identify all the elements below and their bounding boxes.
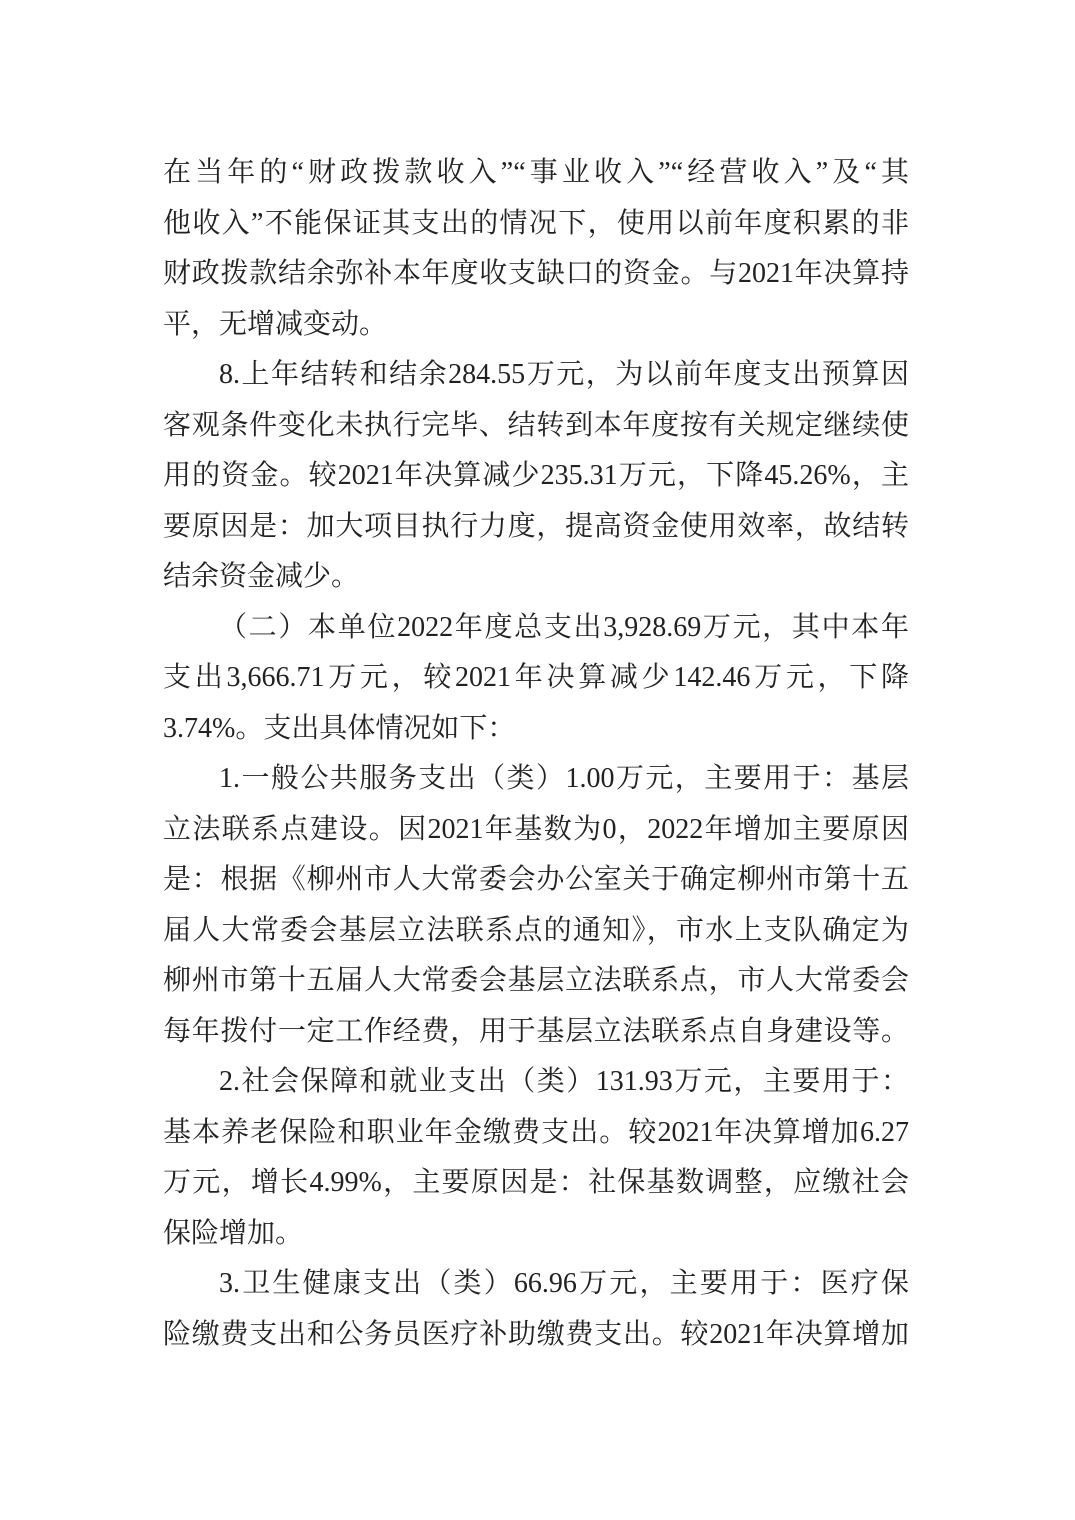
text-line: 在当年的“财政拨款收入”“事业收入”“经营收入”及“其 xyxy=(163,148,909,199)
text-line: 3.74%。支出具体情况如下： xyxy=(163,704,909,755)
text-line: 平，无增减变动。 xyxy=(163,300,909,351)
text-line: 险缴费支出和公务员医疗补助缴费支出。较2021年决算增加 xyxy=(163,1310,909,1361)
text-line: 每年拨付一定工作经费，用于基层立法联系点自身建设等。 xyxy=(163,1007,909,1058)
text-line: 柳州市第十五届人大常委会基层立法联系点，市人大常委会 xyxy=(163,956,909,1007)
document-text-block: 在当年的“财政拨款收入”“事业收入”“经营收入”及“其 他收入”不能保证其支出的… xyxy=(163,148,909,1360)
document-page: 在当年的“财政拨款收入”“事业收入”“经营收入”及“其 他收入”不能保证其支出的… xyxy=(0,0,1075,1520)
text-line: 保险增加。 xyxy=(163,1209,909,1260)
text-line: 万元，增长4.99%，主要原因是：社保基数调整，应缴社会 xyxy=(163,1158,909,1209)
text-line: 3.卫生健康支出（类）66.96万元，主要用于：医疗保 xyxy=(163,1259,909,1310)
paragraph-2-social-security-employment: 2.社会保障和就业支出（类）131.93万元，主要用于： 基本养老保险和职业年金… xyxy=(163,1057,909,1259)
paragraph-2-total-expenditure: （二）本单位2022年度总支出3,928.69万元，其中本年 支出3,666.7… xyxy=(163,603,909,755)
paragraph-1-general-public-services: 1.一般公共服务支出（类）1.00万元，主要用于：基层 立法联系点建设。因202… xyxy=(163,754,909,1057)
text-line: 是：根据《柳州市人大常委会办公室关于确定柳州市第十五 xyxy=(163,855,909,906)
paragraph-3-health-expenditure: 3.卫生健康支出（类）66.96万元，主要用于：医疗保 险缴费支出和公务员医疗补… xyxy=(163,1259,909,1360)
text-line: 基本养老保险和职业年金缴费支出。较2021年决算增加6.27 xyxy=(163,1108,909,1159)
text-line: （二）本单位2022年度总支出3,928.69万元，其中本年 xyxy=(163,603,909,654)
text-line: 立法联系点建设。因2021年基数为0，2022年增加主要原因 xyxy=(163,805,909,856)
text-line: 客观条件变化未执行完毕、结转到本年度按有关规定继续使 xyxy=(163,401,909,452)
text-line: 2.社会保障和就业支出（类）131.93万元，主要用于： xyxy=(163,1057,909,1108)
text-line: 1.一般公共服务支出（类）1.00万元，主要用于：基层 xyxy=(163,754,909,805)
paragraph-8-prior-year-carryover: 8.上年结转和结余284.55万元，为以前年度支出预算因 客观条件变化未执行完毕… xyxy=(163,350,909,603)
text-line: 用的资金。较2021年决算减少235.31万元，下降45.26%，主 xyxy=(163,451,909,502)
text-line: 8.上年结转和结余284.55万元，为以前年度支出预算因 xyxy=(163,350,909,401)
text-line: 届人大常委会基层立法联系点的通知》，市水上支队确定为 xyxy=(163,906,909,957)
text-line: 支出3,666.71万元，较2021年决算减少142.46万元，下降 xyxy=(163,653,909,704)
paragraph-non-financial-carryover: 在当年的“财政拨款收入”“事业收入”“经营收入”及“其 他收入”不能保证其支出的… xyxy=(163,148,909,350)
text-line: 财政拨款结余弥补本年度收支缺口的资金。与2021年决算持 xyxy=(163,249,909,300)
text-line: 他收入”不能保证其支出的情况下，使用以前年度积累的非 xyxy=(163,199,909,250)
text-line: 结余资金减少。 xyxy=(163,552,909,603)
text-line: 要原因是：加大项目执行力度，提高资金使用效率，故结转 xyxy=(163,502,909,553)
